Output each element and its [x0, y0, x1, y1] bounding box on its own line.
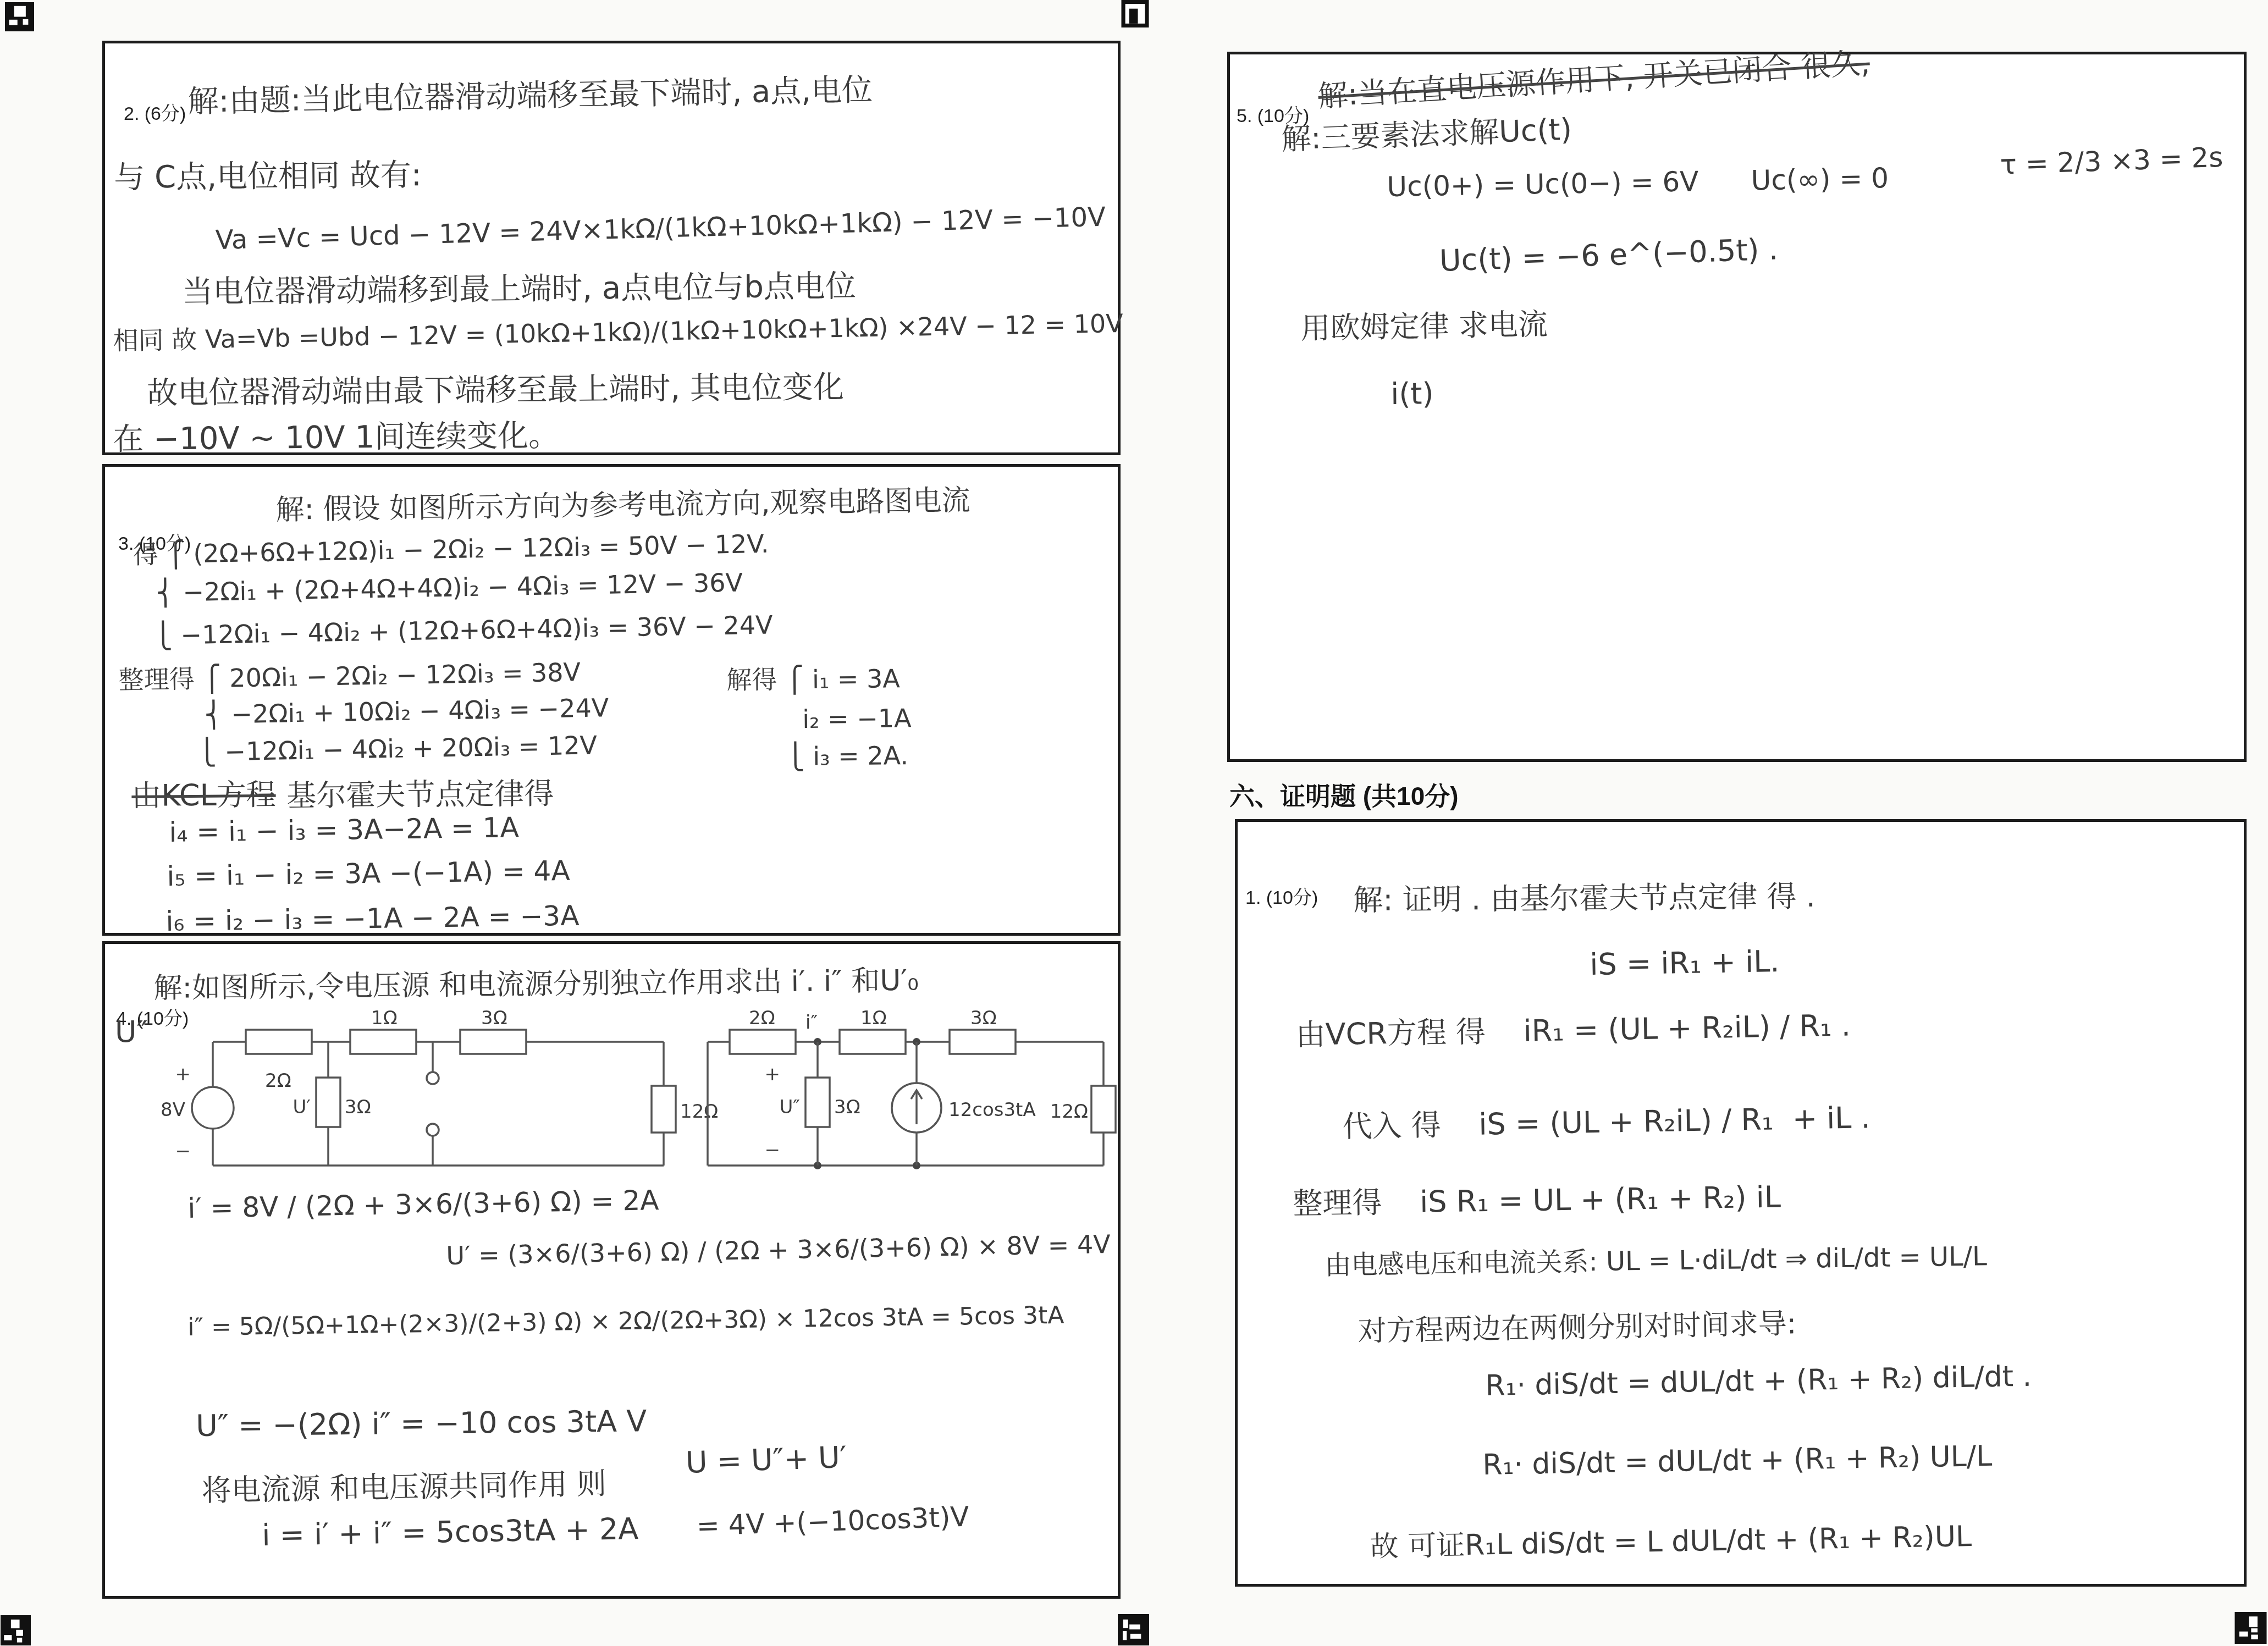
handwritten-line: i₆ = i₂ − i₃ = −1A − 2A = −3A [165, 899, 580, 937]
question-label: 2. (6分) [124, 98, 186, 125]
handwritten-line: 解得 ⎧ i₁ = 3A [726, 659, 900, 697]
handwritten-line: 基尔霍夫节点定律得 [286, 770, 554, 815]
answer-box-q3: 3. (10分) 解: 假设 如图所示方向为参考电流方向,观察电路图电流得 ⎧ … [102, 464, 1121, 936]
handwritten-line: 故 可证R₁L diS/dt = L dUL/dt + (R₁ + R₂)UL [1370, 1513, 1972, 1565]
handwritten-line: i₅ = i₁ − i₂ = 3A −(−1A) = 4A [167, 855, 570, 892]
handwritten-line: 代入 得 iS = (UL + R₂iL) / R₁ + iL . [1342, 1094, 1870, 1146]
handwritten-line: iS = iR₁ + iL. [1590, 944, 1780, 982]
voltage-label: U′ [293, 1096, 311, 1118]
handwritten-line: 整理得 iS R₁ = UL + (R₁ + R₂) iL [1293, 1174, 1781, 1223]
handwritten-line: τ = 2/3 ×3 = 2s [2000, 141, 2223, 181]
resistor-label: 3Ω [345, 1096, 371, 1118]
handwritten-line: 得 ⎧ (2Ω+6Ω+12Ω)i₁ − 2Ωi₂ − 12Ωi₃ = 50V −… [133, 524, 769, 571]
fiducial-marker-icon [4, 2, 35, 31]
handwritten-line: i″ = 5Ω/(5Ω+1Ω+(2×3)/(2+3) Ω) × 2Ω/(2Ω+3… [187, 1301, 1064, 1341]
handwritten-line: R₁· diS/dt = dUL/dt + (R₁ + R₂) diL/dt . [1485, 1360, 2032, 1402]
handwritten-line: = 4V +(−10cos3t)V [696, 1501, 970, 1542]
handwritten-line: 将电流源 和电压源共同作用 则 [201, 1460, 607, 1510]
handwritten-line: 整理得 ⎧ 20Ωi₁ − 2Ωi₂ − 12Ωi₃ = 38V [118, 652, 581, 697]
source-label: 12cos3tA [948, 1099, 1036, 1121]
resistor-symbol [246, 1030, 312, 1054]
resistor-label: 3Ω [970, 1009, 997, 1029]
hand-drawn-circuit-sketches: + − 8V 2Ω 1Ω 3Ω U′ 3Ω 12Ω [108, 1009, 1120, 1174]
resistor-symbol [460, 1030, 526, 1054]
resistor-label: 2Ω [749, 1009, 775, 1029]
resistor-symbol [1091, 1086, 1116, 1133]
handwritten-line: i′ = 8V / (2Ω + 3×6/(3+6) Ω) = 2A [187, 1184, 659, 1224]
handwritten-line: U′ = (3×6/(3+6) Ω) / (2Ω + 3×6/(3+6) Ω) … [446, 1229, 1111, 1271]
answer-box-q4: 4. (10分) + − 8V 2Ω 1Ω 3Ω U′ 3Ω [102, 941, 1121, 1599]
circuit-left: + − 8V 2Ω 1Ω 3Ω U′ 3Ω 12Ω [161, 1009, 718, 1166]
answer-box-q5: 5. (10分) 解:当在直电压源作用下, 开关已闭合 很久,解:三要素法求解U… [1227, 52, 2247, 762]
open-terminal [427, 1124, 439, 1136]
resistor-label: 3Ω [481, 1009, 507, 1029]
handwritten-line: 由KCL方程 [131, 771, 276, 815]
handwritten-line: ⎨ −2Ωi₁ + (2Ω+4Ω+4Ω)i₂ − 4Ωi₃ = 12V − 36… [156, 567, 743, 607]
handwritten-line: i(t) [1390, 376, 1434, 411]
resistor-label: 12Ω [680, 1101, 718, 1123]
handwritten-line: 故电位器滑动端由最下端移至最上端时, 其电位变化 [147, 363, 844, 413]
resistor-symbol [840, 1030, 906, 1054]
handwritten-line: i₂ = −1A [802, 703, 912, 734]
handwritten-line: Uc(0+) = Uc(0−) = 6V Uc(∞) = 0 [1387, 162, 1889, 203]
resistor-label: 12Ω [1050, 1101, 1088, 1123]
resistor-label: 1Ω [860, 1009, 887, 1029]
handwritten-line: 解: 证明 . 由基尔霍夫节点定律 得 . [1353, 873, 1815, 919]
handwritten-line: ⎨ −2Ωi₁ + 10Ωi₂ − 4Ωi₃ = −24V [204, 693, 609, 730]
resistor-symbol [950, 1030, 1016, 1054]
voltage-label: U″ [779, 1096, 800, 1118]
handwritten-line: i = i′ + i″ = 5cos3tA + 2A [262, 1511, 639, 1553]
handwritten-line: ⎩ −12Ωi₁ − 4Ωi₂ + (12Ω+6Ω+4Ω)i₃ = 36V − … [153, 610, 773, 650]
handwritten-line: R₁· diS/dt = dUL/dt + (R₁ + R₂) UL/L [1482, 1440, 1993, 1482]
current-label: i″ [805, 1012, 818, 1034]
resistor-symbol [316, 1078, 340, 1127]
handwritten-line: 用欧姆定律 求电流 [1300, 301, 1548, 347]
resistor-label: 3Ω [834, 1096, 860, 1118]
handwritten-line: U = U″+ U′ [685, 1440, 847, 1480]
answer-box-q2: 2. (6分) 解:由题:当此电位器滑动端移至最下端时, a点,电位与 C点,电… [102, 41, 1121, 455]
handwritten-line: U″ = −(2Ω) i″ = −10 cos 3tA V [196, 1404, 647, 1443]
handwritten-line: 解: 假设 如图所示方向为参考电流方向,观察电路图电流 [275, 477, 970, 528]
circuit-right: 2Ω i″ 1Ω 3Ω U″ 3Ω + − 12cos3tA [708, 1009, 1116, 1169]
handwritten-line: ⎩ −12Ωi₁ − 4Ωi₂ + 20Ωi₃ = 12V [197, 730, 597, 767]
fiducial-marker-icon [0, 1615, 31, 1645]
handwritten-line: i₄ = i₁ − i₃ = 3A−2A = 1A [169, 811, 519, 848]
polarity-plus: + [175, 1063, 191, 1085]
source-label: 8V [161, 1099, 185, 1121]
handwritten-line: U″ [115, 1014, 148, 1049]
handwritten-line: Uc(t) = −6 e^(−0.5t) . [1439, 231, 1779, 278]
fiducial-marker-icon [1117, 1614, 1150, 1645]
handwritten-line: 在 −10V ~ 10V 1间连续变化。 [113, 411, 559, 459]
fiducial-marker-icon [1119, 0, 1151, 27]
section-heading: 六、证明题 (共10分) [1229, 776, 1459, 813]
handwritten-line: 相同 故 Va=Vb =Ubd − 12V = (10kΩ+1kΩ)/(1kΩ+… [113, 303, 1123, 357]
polarity-minus: − [175, 1140, 191, 1162]
handwritten-line: Va =Vc = Ucd − 12V = 24V×1kΩ/(1kΩ+10kΩ+1… [215, 202, 1106, 256]
polarity-plus: + [765, 1063, 781, 1085]
resistor-symbol [730, 1030, 796, 1054]
handwritten-line: ⎩ i₃ = 2A. [786, 741, 908, 771]
resistor-symbol [350, 1030, 416, 1054]
handwritten-line: 解:如图所示,令电压源 和电流源分别独立作用求出 i′. i″ 和U′₀ [153, 957, 919, 1006]
resistor-label: 1Ω [371, 1009, 398, 1029]
resistor-symbol [652, 1086, 676, 1133]
resistor-symbol [805, 1078, 830, 1127]
question-label: 1. (10分) [1245, 882, 1318, 909]
answer-box-proof: 1. (10分) 解: 证明 . 由基尔霍夫节点定律 得 .iS = iR₁ +… [1235, 819, 2247, 1587]
fiducial-marker-icon [2234, 1612, 2267, 1644]
handwritten-line: 解:由题:当此电位器滑动端移至最下端时, a点,电位 [187, 65, 873, 121]
handwritten-line: 解:当在直电压源作用下, 开关已闭合 很久, [1317, 40, 1871, 115]
open-terminal [427, 1072, 439, 1084]
polarity-minus: − [765, 1139, 781, 1161]
handwritten-line: 与 C点,电位相同 故有: [114, 151, 422, 197]
resistor-label: 2Ω [265, 1070, 291, 1092]
handwritten-line: 对方程两边在两侧分别对时间求导: [1358, 1300, 1797, 1349]
scanned-exam-sheet: { "page": {"width": 4125, "height": 2994… [0, 0, 2268, 1646]
handwritten-line: 由电感电压和电流关系: UL = L·diL/dt ⇒ diL/dt = UL/… [1325, 1235, 1987, 1282]
handwritten-line: 当电位器滑动端移到最上端时, a点电位与b点电位 [182, 262, 856, 312]
handwritten-line: 由VCR方程 得 iR₁ = (UL + R₂iL) / R₁ . [1295, 1002, 1851, 1054]
voltage-source-symbol [192, 1087, 234, 1129]
